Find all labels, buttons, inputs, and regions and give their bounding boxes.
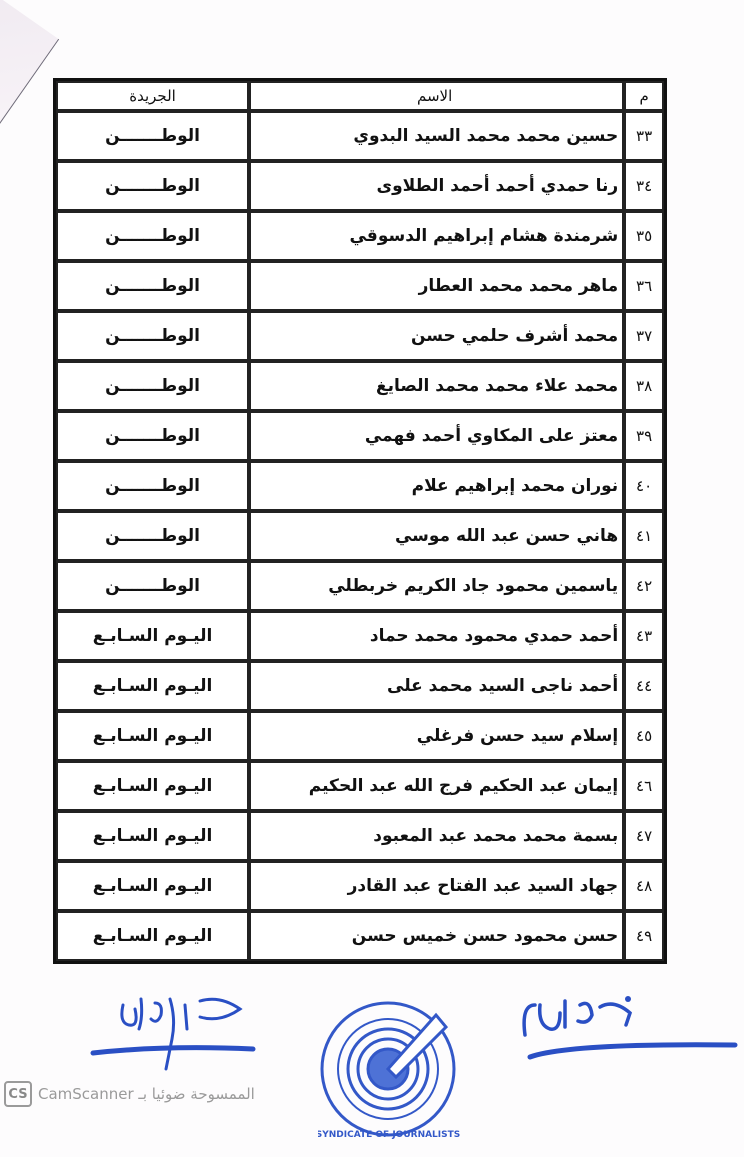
signature-right — [510, 985, 740, 1075]
row-newspaper: اليـوم السـابـع — [56, 611, 249, 661]
row-number: ٤٦ — [624, 761, 664, 811]
table-row: ٤٣أحمد حمدي محمود محمد حماداليـوم السـاب… — [56, 611, 664, 661]
table-header-row: م الاسم الجريدة — [56, 81, 664, 111]
names-table: م الاسم الجريدة ٣٣حسين محمد محمد السيد ا… — [53, 78, 667, 964]
row-newspaper: الوطـــــــن — [56, 211, 249, 261]
row-name: أحمد حمدي محمود محمد حماد — [249, 611, 624, 661]
row-newspaper: اليـوم السـابـع — [56, 811, 249, 861]
table-row: ٤٠نوران محمد إبراهيم علامالوطـــــــن — [56, 461, 664, 511]
row-number: ٤١ — [624, 511, 664, 561]
row-name: ياسمين محمود جاد الكريم خربطلي — [249, 561, 624, 611]
row-newspaper: الوطـــــــن — [56, 361, 249, 411]
row-name: جهاد السيد عبد الفتاح عبد القادر — [249, 861, 624, 911]
row-name: نوران محمد إبراهيم علام — [249, 461, 624, 511]
syndicate-stamp: SYNDICATE OF JOURNALISTS — [318, 997, 468, 1147]
row-name: هاني حسن عبد الله موسي — [249, 511, 624, 561]
row-number: ٣٨ — [624, 361, 664, 411]
row-number: ٤٣ — [624, 611, 664, 661]
row-name: بسمة محمد محمد عبد المعبود — [249, 811, 624, 861]
camscanner-text: CamScanner الممسوحة ضوئيا بـ — [38, 1085, 255, 1103]
row-number: ٤٩ — [624, 911, 664, 961]
table-row: ٤٨جهاد السيد عبد الفتاح عبد القادراليـوم… — [56, 861, 664, 911]
row-name: حسن محمود حسن خميس حسن — [249, 911, 624, 961]
table-row: ٤٢ياسمين محمود جاد الكريم خربطليالوطــــ… — [56, 561, 664, 611]
table-row: ٣٥شرمندة هشام إبراهيم الدسوقيالوطـــــــ… — [56, 211, 664, 261]
row-newspaper: اليـوم السـابـع — [56, 911, 249, 961]
paper-fold-corner — [0, 0, 59, 203]
row-newspaper: الوطـــــــن — [56, 261, 249, 311]
row-number: ٤٠ — [624, 461, 664, 511]
row-name: إسلام سيد حسن فرغلي — [249, 711, 624, 761]
header-number: م — [624, 81, 664, 111]
row-number: ٤٧ — [624, 811, 664, 861]
row-name: حسين محمد محمد السيد البدوي — [249, 111, 624, 161]
row-number: ٤٢ — [624, 561, 664, 611]
table-row: ٤٥إسلام سيد حسن فرغلياليـوم السـابـع — [56, 711, 664, 761]
table-row: ٣٨محمد علاء محمد محمد الصايغالوطـــــــن — [56, 361, 664, 411]
table-row: ٣٤رنا حمدي أحمد أحمد الطلاوىالوطـــــــن — [56, 161, 664, 211]
row-newspaper: الوطـــــــن — [56, 561, 249, 611]
row-newspaper: الوطـــــــن — [56, 511, 249, 561]
row-name: شرمندة هشام إبراهيم الدسوقي — [249, 211, 624, 261]
row-newspaper: الوطـــــــن — [56, 161, 249, 211]
header-newspaper: الجريدة — [56, 81, 249, 111]
table-row: ٤٧بسمة محمد محمد عبد المعبوداليـوم السـا… — [56, 811, 664, 861]
footer-signatures: SYNDICATE OF JOURNALISTS CS CamScanner ا… — [0, 975, 744, 1157]
row-number: ٣٣ — [624, 111, 664, 161]
table-row: ٣٦ماهر محمد محمد العطارالوطـــــــن — [56, 261, 664, 311]
row-number: ٣٤ — [624, 161, 664, 211]
row-name: إيمان عبد الحكيم فرج الله عبد الحكيم — [249, 761, 624, 811]
row-name: أحمد ناجى السيد محمد على — [249, 661, 624, 711]
row-newspaper: الوطـــــــن — [56, 411, 249, 461]
table-row: ٣٩معتز على المكاوي أحمد فهميالوطـــــــن — [56, 411, 664, 461]
table-row: ٤٩حسن محمود حسن خميس حسناليـوم السـابـع — [56, 911, 664, 961]
svg-text:SYNDICATE OF JOURNALISTS: SYNDICATE OF JOURNALISTS — [318, 1130, 460, 1140]
row-newspaper: الوطـــــــن — [56, 111, 249, 161]
table-row: ٣٧محمد أشرف حلمي حسنالوطـــــــن — [56, 311, 664, 361]
row-newspaper: اليـوم السـابـع — [56, 711, 249, 761]
row-newspaper: اليـوم السـابـع — [56, 861, 249, 911]
row-name: محمد علاء محمد محمد الصايغ — [249, 361, 624, 411]
row-newspaper: اليـوم السـابـع — [56, 661, 249, 711]
row-name: محمد أشرف حلمي حسن — [249, 311, 624, 361]
row-newspaper: الوطـــــــن — [56, 461, 249, 511]
row-name: رنا حمدي أحمد أحمد الطلاوى — [249, 161, 624, 211]
table-row: ٤٦إيمان عبد الحكيم فرج الله عبد الحكيمال… — [56, 761, 664, 811]
camscanner-watermark: CS CamScanner الممسوحة ضوئيا بـ — [4, 1081, 255, 1107]
row-number: ٣٥ — [624, 211, 664, 261]
camscanner-logo-icon: CS — [4, 1081, 32, 1107]
row-name: معتز على المكاوي أحمد فهمي — [249, 411, 624, 461]
row-number: ٣٧ — [624, 311, 664, 361]
row-newspaper: الوطـــــــن — [56, 311, 249, 361]
header-name: الاسم — [249, 81, 624, 111]
signature-left — [85, 985, 265, 1075]
row-number: ٤٥ — [624, 711, 664, 761]
row-number: ٤٨ — [624, 861, 664, 911]
row-number: ٣٩ — [624, 411, 664, 461]
table-row: ٣٣حسين محمد محمد السيد البدويالوطـــــــ… — [56, 111, 664, 161]
row-number: ٤٤ — [624, 661, 664, 711]
table-row: ٤٤أحمد ناجى السيد محمد علىاليـوم السـابـ… — [56, 661, 664, 711]
row-name: ماهر محمد محمد العطار — [249, 261, 624, 311]
row-newspaper: اليـوم السـابـع — [56, 761, 249, 811]
table-row: ٤١هاني حسن عبد الله موسيالوطـــــــن — [56, 511, 664, 561]
row-number: ٣٦ — [624, 261, 664, 311]
